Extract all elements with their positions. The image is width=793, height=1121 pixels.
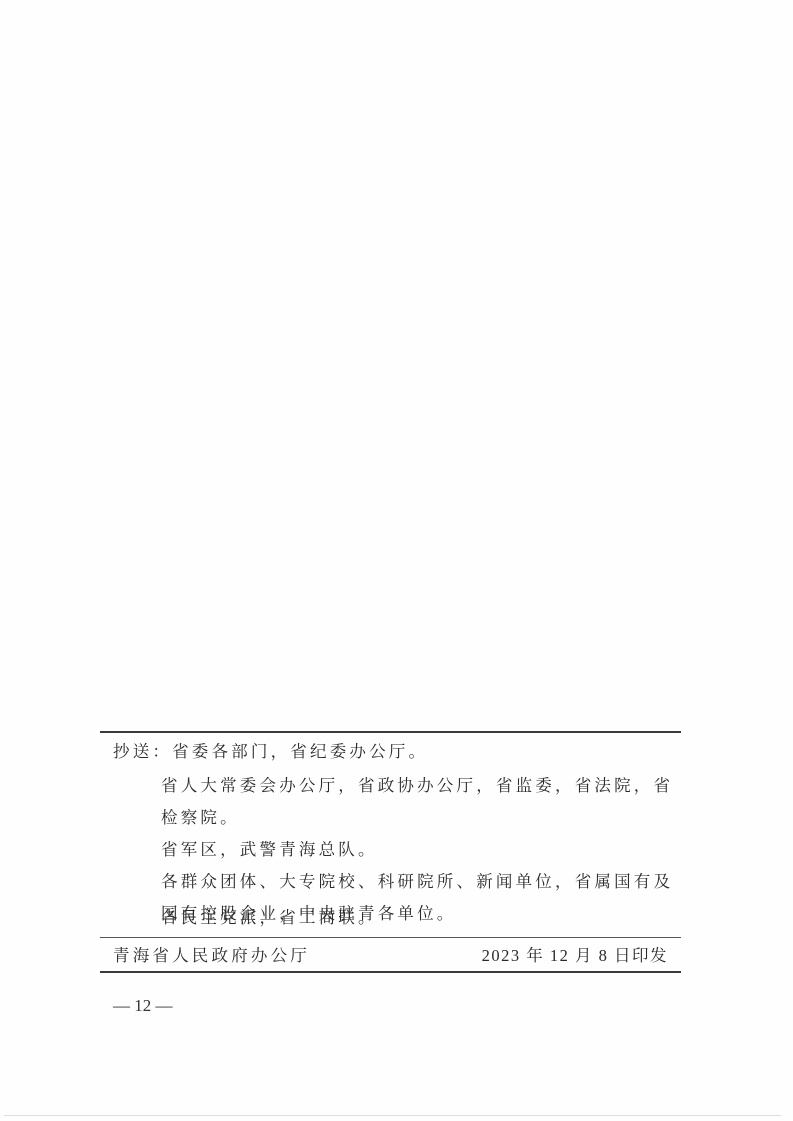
print-date: 2023 年 12 月 8 日印发 [482, 946, 668, 966]
distribution-line-last: 各民主党派，省工商联。 [161, 908, 378, 928]
distribution-line: 省人大常委会办公厅，省政协办公厅，省监委，省法院，省 [161, 776, 673, 796]
distribution-line: 各群众团体、大专院校、科研院所、新闻单位，省属国有及 [161, 872, 673, 892]
page-number: — 12 — [113, 996, 173, 1016]
issuer: 青海省人民政府办公厅 [113, 946, 310, 966]
middle-rule [100, 937, 681, 938]
top-rule [100, 731, 681, 733]
page-edge [4, 1115, 781, 1116]
distribution-line: 省军区，武警青海总队。 [161, 840, 378, 860]
bottom-rule [100, 971, 681, 973]
distribution-label: 抄送：省委各部门，省纪委办公厅。 [113, 742, 428, 762]
distribution-line: 检察院。 [161, 808, 240, 828]
